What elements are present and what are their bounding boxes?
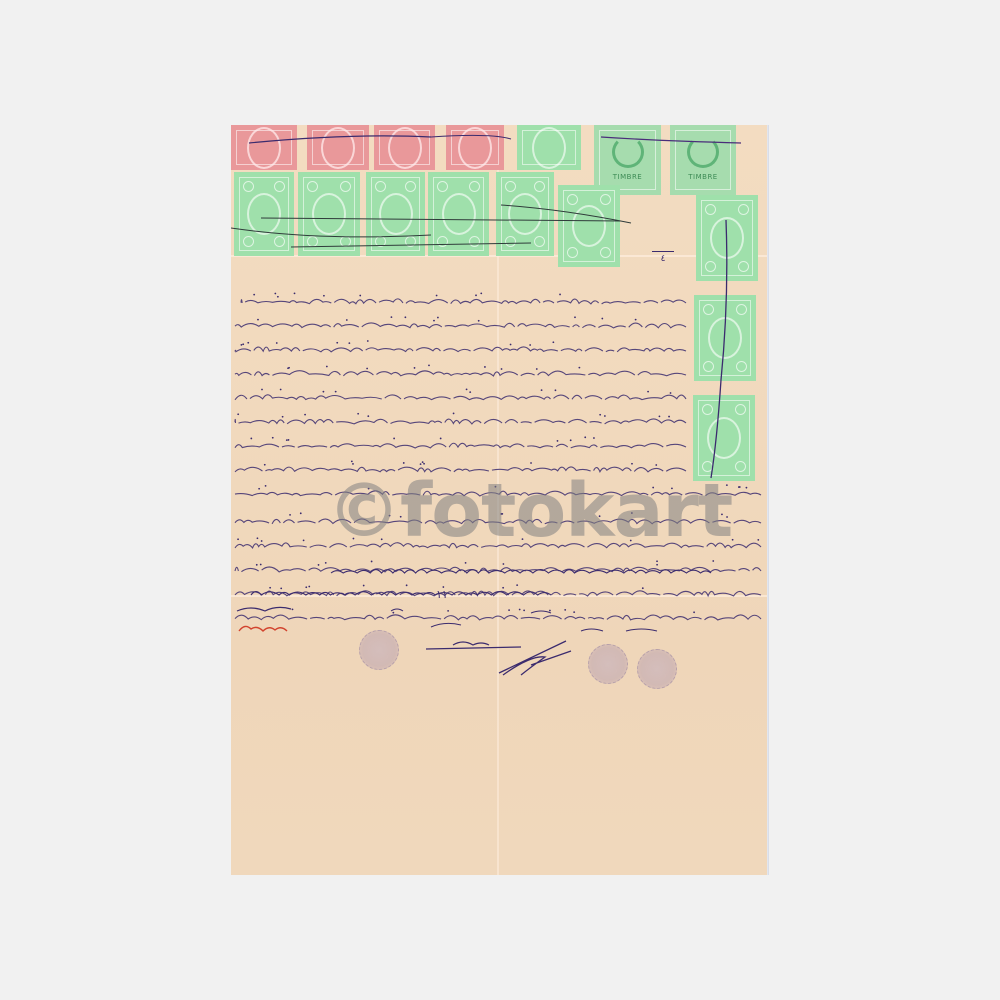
signatures (231, 585, 767, 695)
watermark: ©fotokart (327, 468, 732, 554)
